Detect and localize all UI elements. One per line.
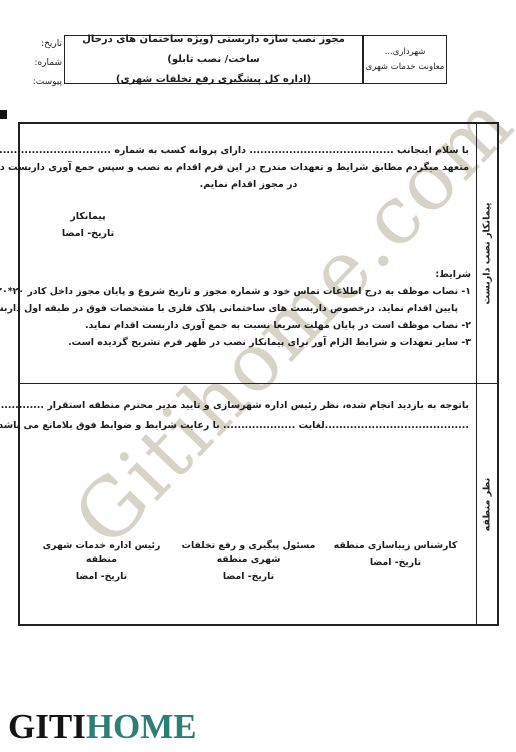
declaration-line3: در مجوز اقدام نمایم. (28, 176, 469, 193)
declaration-line2: متعهد میگردم مطابق شرایط و تعهدات مندرج … (28, 159, 469, 176)
condition-3: ۳- سایر تعهدات و شرایط الزام آور برای پی… (26, 334, 471, 351)
contractor-side-label: پیمانکار نصب داربست (482, 203, 493, 305)
declaration-line1: با سلام اینجانب ........................… (28, 142, 469, 159)
scan-artifact-mark (0, 110, 7, 119)
condition-2: ۲- نصاب موظف است در پایان مهلت سریعا نسب… (26, 317, 471, 334)
gitihome-logo: GITIHOME (8, 707, 197, 747)
contractor-signature-block: پیمانکار تاریخ- امضا (32, 208, 144, 242)
condition-1-line1: ۱- نصاب موظف به درج اطلاعات تماس خود و ش… (26, 283, 471, 300)
attachment-label: پیوست: (28, 73, 62, 92)
conditions-title: شرایط: (26, 266, 471, 283)
signature-title: رئیس اداره خدمات شهری منطقه (28, 539, 175, 567)
side-cell-region: نظر منطقه (477, 384, 497, 624)
contractor-signature-title: پیمانکار (32, 208, 144, 225)
contractor-signature-sub: تاریخ- امضا (32, 225, 144, 242)
region-opinion-section: باتوجه به بازدید انجام شده، نظر رئیس ادا… (20, 384, 477, 624)
municipality-name: شهرداری... (364, 45, 446, 60)
date-label: تاریخ: (28, 35, 62, 54)
conditions-list: شرایط: ۱- نصاب موظف به درج اطلاعات تماس … (26, 266, 471, 351)
signature-title: کارشناس زیباسازی منطقه (322, 539, 469, 553)
condition-1-line2: پایین اقدام نماید. درخصوص داربست های ساخ… (26, 300, 471, 317)
approval-statement: باتوجه به بازدید انجام شده، نظر رئیس ادا… (28, 396, 469, 436)
signature-beautification-expert: کارشناس زیباسازی منطقه تاریخ- امضا (322, 539, 469, 584)
municipality-deputy: معاونت خدمات شهری (364, 60, 446, 75)
side-cell-contractor: پیمانکار نصب داربست (477, 124, 497, 383)
permit-title-line1: مجوز نصب سازه داربستی (ویژه ساختمان های … (65, 30, 362, 70)
number-label: شماره: (28, 54, 62, 73)
approval-line1: باتوجه به بازدید انجام شده، نظر رئیس ادا… (28, 396, 469, 416)
header-meta-labels: تاریخ: شماره: پیوست: (28, 35, 62, 92)
permit-title-line2: (اداره کل پیشگیری رفع تخلفات شهری) (65, 70, 362, 90)
signature-violations-officer: مسئول پیگیری و رفع تخلفات شهری منطقه تار… (175, 539, 322, 584)
side-label-column: پیمانکار نصب داربست نظر منطقه (476, 124, 497, 624)
signature-date-label: تاریخ- امضا (175, 570, 322, 584)
signature-urban-services-head: رئیس اداره خدمات شهری منطقه تاریخ- امضا (28, 539, 175, 584)
region-side-label: نظر منطقه (482, 477, 493, 531)
contractor-section: با سلام اینجانب ........................… (20, 124, 477, 383)
signature-date-label: تاریخ- امضا (322, 556, 469, 570)
logo-part-giti: GITI (8, 707, 86, 746)
signature-date-label: تاریخ- امضا (28, 570, 175, 584)
logo-part-home: HOME (86, 707, 197, 746)
scanned-form-page: Gitihome.com تاریخ: شماره: پیوست: مجوز ن… (0, 0, 516, 752)
signature-title: مسئول پیگیری و رفع تخلفات شهری منطقه (175, 539, 322, 567)
municipality-box: شهرداری... معاونت خدمات شهری (363, 35, 447, 84)
contractor-declaration: با سلام اینجانب ........................… (28, 142, 469, 193)
approval-line2: ........................................… (28, 416, 469, 436)
permit-title-box: مجوز نصب سازه داربستی (ویژه ساختمان های … (64, 35, 363, 84)
region-signatures-row: کارشناس زیباسازی منطقه تاریخ- امضا مسئول… (28, 539, 469, 584)
form-table: پیمانکار نصب داربست نظر منطقه با سلام ای… (18, 122, 499, 626)
